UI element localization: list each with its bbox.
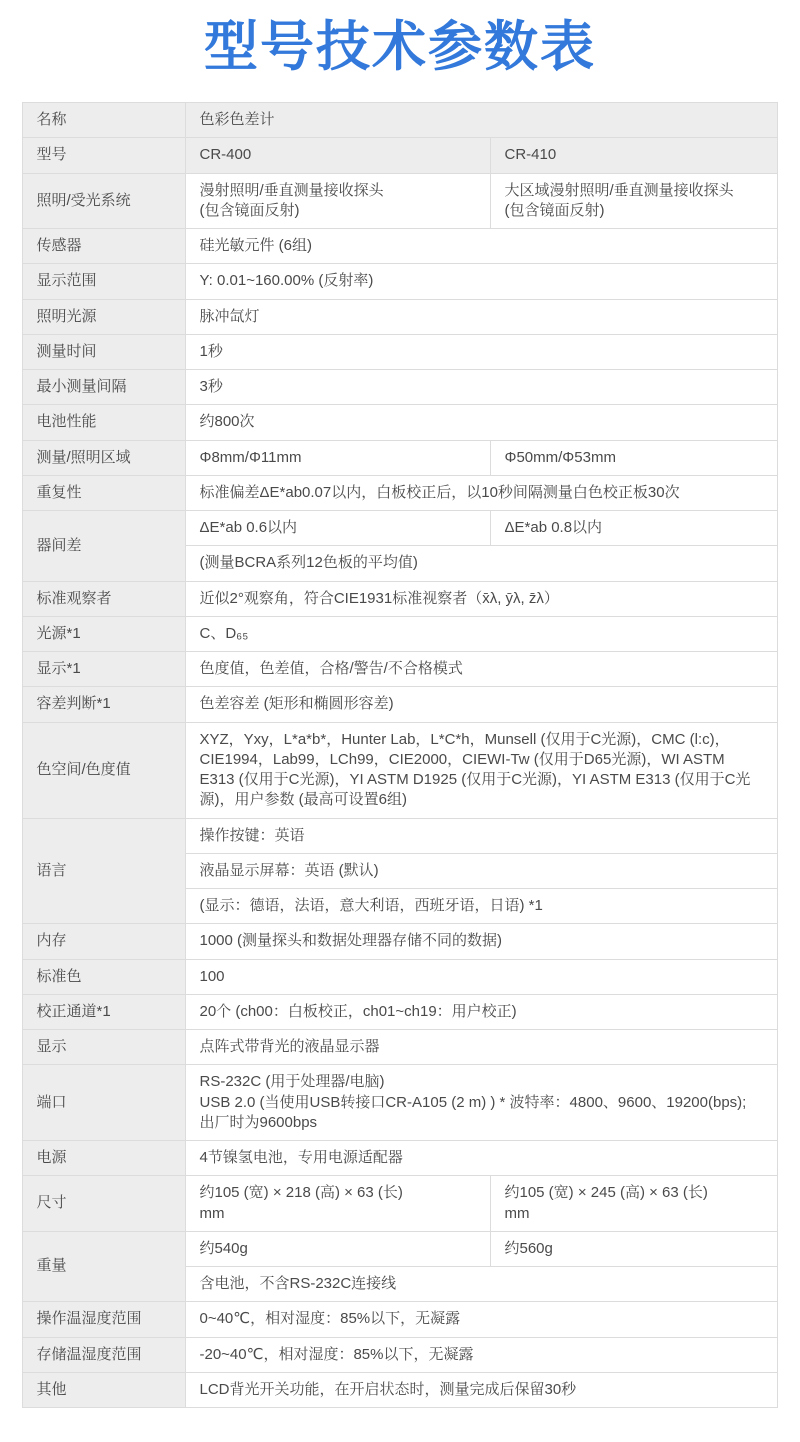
spec-value-cell: C、D₆₅	[186, 616, 777, 651]
spec-value-cell: (测量BCRA系列12色板的平均值)	[186, 546, 777, 581]
spec-label-cell: 容差判断*1	[23, 687, 186, 722]
spec-value-cell: 漫射照明/垂直测量接收探头 (包含镜面反射)	[186, 173, 491, 229]
spec-value-cell: 色度值，色差值，合格/警告/不合格模式	[186, 652, 777, 687]
spec-label-cell: 校正通道*1	[23, 994, 186, 1029]
spec-table-body: 名称色彩色差计型号CR-400CR-410照明/受光系统漫射照明/垂直测量接收探…	[23, 103, 777, 1408]
spec-row: 存储温湿度范围-20~40℃，相对湿度：85%以下，无凝露	[23, 1337, 777, 1372]
spec-row: 尺寸约105 (宽) × 218 (高) × 63 (长) mm约105 (宽)…	[23, 1176, 777, 1232]
spec-row: 光源*1C、D₆₅	[23, 616, 777, 651]
spec-label-cell: 最小测量间隔	[23, 370, 186, 405]
spec-value-cell: 约540g	[186, 1231, 491, 1266]
spec-value-cell: 标准偏差ΔE*ab0.07以内，白板校正后，以10秒间隔测量白色校正板30次	[186, 475, 777, 510]
spec-value-cell: -20~40℃，相对湿度：85%以下，无凝露	[186, 1337, 777, 1372]
spec-value-cell: 点阵式带背光的液晶显示器	[186, 1030, 777, 1065]
spec-row: 标准色100	[23, 959, 777, 994]
spec-value-cell: 含电池，不含RS-232C连接线	[186, 1267, 777, 1302]
spec-label-cell: 标准观察者	[23, 581, 186, 616]
spec-row: 操作温湿度范围0~40℃，相对湿度：85%以下，无凝露	[23, 1302, 777, 1337]
spec-label-cell: 操作温湿度范围	[23, 1302, 186, 1337]
spec-label-cell: 显示*1	[23, 652, 186, 687]
spec-row: 其他LCD背光开关功能，在开启状态时，测量完成后保留30秒	[23, 1372, 777, 1407]
spec-row: 照明光源脉冲氙灯	[23, 299, 777, 334]
spec-value-cell: 大区域漫射照明/垂直测量接收探头 (包含镜面反射)	[491, 173, 777, 229]
spec-label-cell: 器间差	[23, 511, 186, 582]
spec-label-cell: 型号	[23, 138, 186, 173]
spec-row: 型号CR-400CR-410	[23, 138, 777, 173]
spec-label-cell: 照明光源	[23, 299, 186, 334]
spec-value-cell: 约560g	[491, 1231, 777, 1266]
spec-row: 标准观察者近似2°观察角，符合CIE1931标准视察者（x̄λ, ȳλ, z̄λ…	[23, 581, 777, 616]
spec-row: 电源4节镍氢电池，专用电源适配器	[23, 1141, 777, 1176]
spec-row: 显示*1色度值，色差值，合格/警告/不合格模式	[23, 652, 777, 687]
spec-label-cell: 电池性能	[23, 405, 186, 440]
spec-value-cell: 液晶显示屏幕：英语 (默认)	[186, 853, 777, 888]
spec-row: 显示点阵式带背光的液晶显示器	[23, 1030, 777, 1065]
spec-value-cell: 硅光敏元件 (6组)	[186, 229, 777, 264]
spec-value-cell: Φ8mm/Φ11mm	[186, 440, 491, 475]
spec-label-cell: 名称	[23, 103, 186, 138]
spec-label-cell: 标准色	[23, 959, 186, 994]
spec-value-cell: 脉冲氙灯	[186, 299, 777, 334]
spec-value-cell: XYZ，Yxy，L*a*b*，Hunter Lab，L*C*h，Munsell …	[186, 722, 777, 818]
spec-value-cell: 约800次	[186, 405, 777, 440]
spec-value-cell: 20个 (ch00：白板校正，ch01~ch19：用户校正)	[186, 994, 777, 1029]
spec-value-cell: 1000 (测量探头和数据处理器存储不同的数据)	[186, 924, 777, 959]
spec-label-cell: 内存	[23, 924, 186, 959]
spec-label-cell: 色空间/色度值	[23, 722, 186, 818]
spec-value-cell: 操作按键：英语	[186, 818, 777, 853]
spec-row: 显示范围Y: 0.01~160.00% (反射率)	[23, 264, 777, 299]
spec-label-cell: 重复性	[23, 475, 186, 510]
spec-row: 照明/受光系统漫射照明/垂直测量接收探头 (包含镜面反射)大区域漫射照明/垂直测…	[23, 173, 777, 229]
spec-row: 电池性能约800次	[23, 405, 777, 440]
spec-row: 测量时间1秒	[23, 334, 777, 369]
spec-row: 测量/照明区域Φ8mm/Φ11mmΦ50mm/Φ53mm	[23, 440, 777, 475]
spec-value-cell: Y: 0.01~160.00% (反射率)	[186, 264, 777, 299]
spec-value-cell: LCD背光开关功能，在开启状态时，测量完成后保留30秒	[186, 1372, 777, 1407]
spec-row: 名称色彩色差计	[23, 103, 777, 138]
spec-row: 语言操作按键：英语	[23, 818, 777, 853]
spec-row: 最小测量间隔3秒	[23, 370, 777, 405]
spec-row: 器间差ΔE*ab 0.6以内ΔE*ab 0.8以内	[23, 511, 777, 546]
spec-value-cell: ΔE*ab 0.8以内	[491, 511, 777, 546]
spec-row: 重复性标准偏差ΔE*ab0.07以内，白板校正后，以10秒间隔测量白色校正板30…	[23, 475, 777, 510]
spec-label-cell: 传感器	[23, 229, 186, 264]
spec-value-cell: 100	[186, 959, 777, 994]
spec-value-cell: 1秒	[186, 334, 777, 369]
spec-label-cell: 尺寸	[23, 1176, 186, 1232]
spec-value-cell: 4节镍氢电池，专用电源适配器	[186, 1141, 777, 1176]
spec-value-cell: CR-400	[186, 138, 491, 173]
spec-row: 校正通道*120个 (ch00：白板校正，ch01~ch19：用户校正)	[23, 994, 777, 1029]
spec-row: 内存1000 (测量探头和数据处理器存储不同的数据)	[23, 924, 777, 959]
spec-table: 名称色彩色差计型号CR-400CR-410照明/受光系统漫射照明/垂直测量接收探…	[22, 102, 777, 1408]
spec-label-cell: 照明/受光系统	[23, 173, 186, 229]
spec-value-cell: 近似2°观察角，符合CIE1931标准视察者（x̄λ, ȳλ, z̄λ）	[186, 581, 777, 616]
spec-label-cell: 存储温湿度范围	[23, 1337, 186, 1372]
spec-row: 色空间/色度值XYZ，Yxy，L*a*b*，Hunter Lab，L*C*h，M…	[23, 722, 777, 818]
spec-label-cell: 显示范围	[23, 264, 186, 299]
spec-value-cell: (显示：德语，法语，意大利语，西班牙语，日语) *1	[186, 889, 777, 924]
spec-value-cell: 0~40℃，相对湿度：85%以下，无凝露	[186, 1302, 777, 1337]
spec-label-cell: 电源	[23, 1141, 186, 1176]
spec-label-cell: 重量	[23, 1231, 186, 1302]
spec-label-cell: 显示	[23, 1030, 186, 1065]
spec-row: 端口RS-232C (用于处理器/电脑) USB 2.0 (当使用USB转接口C…	[23, 1065, 777, 1141]
spec-value-cell: 约105 (宽) × 218 (高) × 63 (长) mm	[186, 1176, 491, 1232]
spec-label-cell: 端口	[23, 1065, 186, 1141]
spec-label-cell: 光源*1	[23, 616, 186, 651]
spec-label-cell: 语言	[23, 818, 186, 924]
spec-value-cell: CR-410	[491, 138, 777, 173]
spec-label-cell: 测量时间	[23, 334, 186, 369]
spec-label-cell: 测量/照明区域	[23, 440, 186, 475]
spec-value-cell: 色彩色差计	[186, 103, 777, 138]
spec-value-cell: RS-232C (用于处理器/电脑) USB 2.0 (当使用USB转接口CR-…	[186, 1065, 777, 1141]
spec-row: 重量约540g约560g	[23, 1231, 777, 1266]
page-title: 型号技术参数表	[0, 16, 800, 78]
spec-label-cell: 其他	[23, 1372, 186, 1407]
spec-value-cell: 色差容差 (矩形和椭圆形容差)	[186, 687, 777, 722]
spec-value-cell: 3秒	[186, 370, 777, 405]
spec-row: 传感器硅光敏元件 (6组)	[23, 229, 777, 264]
spec-value-cell: 约105 (宽) × 245 (高) × 63 (长) mm	[491, 1176, 777, 1232]
spec-value-cell: ΔE*ab 0.6以内	[186, 511, 491, 546]
spec-value-cell: Φ50mm/Φ53mm	[491, 440, 777, 475]
spec-row: 容差判断*1色差容差 (矩形和椭圆形容差)	[23, 687, 777, 722]
